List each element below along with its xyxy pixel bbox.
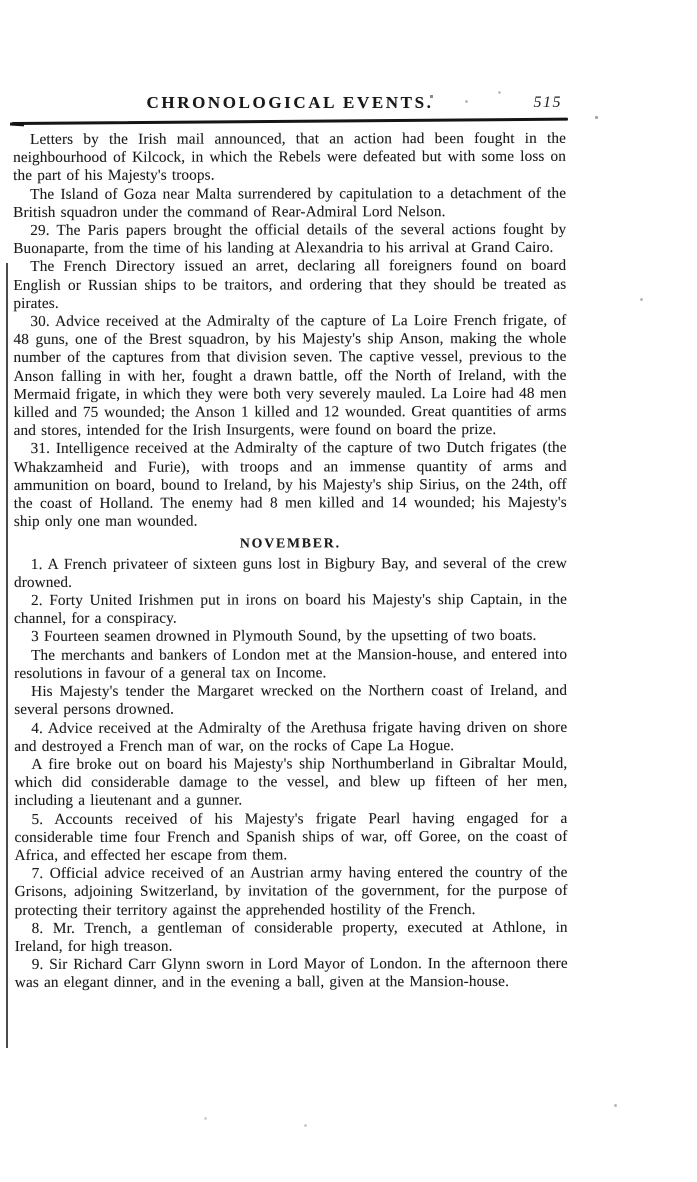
- paragraph: 4. Advice received at the Admiralty of t…: [14, 718, 567, 756]
- paragraph: A fire broke out on board his Majesty's …: [14, 755, 567, 811]
- paragraph: 2. Forty United Irishmen put in irons on…: [14, 591, 567, 629]
- paragraph: 8. Mr. Trench, a gentleman of considerab…: [15, 919, 568, 957]
- scan-speckles: [0, 0, 1, 1]
- paragraph: The Island of Goza near Malta surrendere…: [13, 184, 566, 222]
- paragraph: 29. The Paris papers brought the officia…: [13, 221, 566, 259]
- scan-edge-artifact: [6, 263, 8, 1048]
- running-title: CHRONOLOGICAL EVENTS.: [14, 93, 566, 113]
- paragraph: 7. Official advice received of an Austri…: [15, 864, 568, 920]
- page-header: CHRONOLOGICAL EVENTS. 515: [14, 93, 566, 117]
- paragraph: 1. A French privateer of sixteen guns lo…: [14, 555, 567, 593]
- scanned-book-page: CHRONOLOGICAL EVENTS. 515 Letters by the…: [0, 0, 697, 1182]
- paragraph: 3 Fourteen seamen drowned in Plymouth So…: [14, 627, 567, 646]
- paragraph: The merchants and bankers of London met …: [14, 646, 567, 684]
- paragraph: 5. Accounts received of his Majesty's fr…: [14, 809, 567, 865]
- paragraph: 30. Advice received at the Admiralty of …: [13, 312, 566, 441]
- paragraph: Letters by the Irish mail announced, tha…: [13, 130, 566, 186]
- page-body-text: Letters by the Irish mail announced, tha…: [13, 130, 568, 993]
- paragraph: The French Directory issued an arret, de…: [13, 257, 566, 313]
- paragraph: 31. Intelligence received at the Admiral…: [14, 439, 567, 531]
- page-number: 515: [534, 94, 563, 112]
- header-rule: [12, 118, 568, 125]
- paragraph: 9. Sir Richard Carr Glynn sworn in Lord …: [15, 955, 568, 993]
- section-heading: NOVEMBER.: [14, 534, 567, 553]
- paragraph: His Majesty's tender the Margaret wrecke…: [14, 682, 567, 720]
